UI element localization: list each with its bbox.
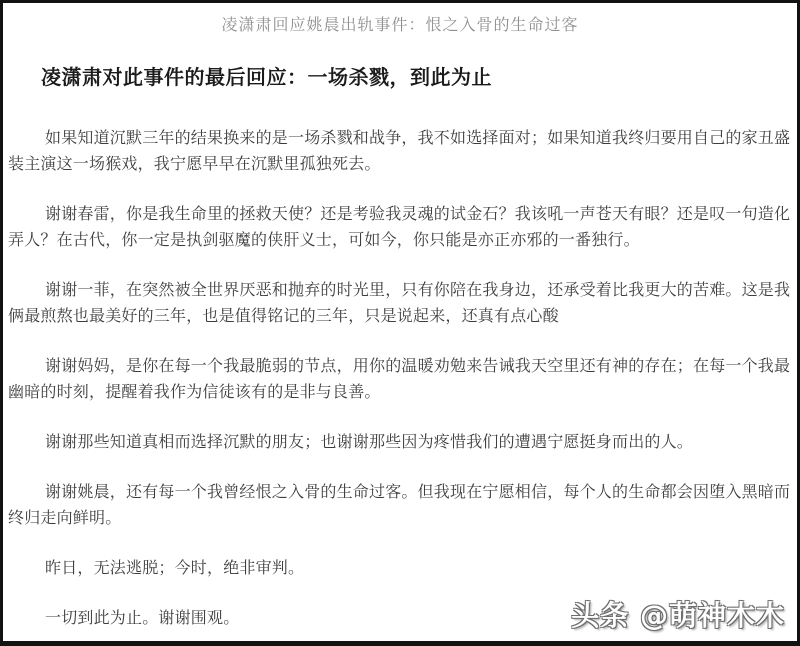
statement-heading: 凌潇肃对此事件的最后回应：一场杀戮，到此为止 xyxy=(41,66,787,88)
paragraph: 谢谢妈妈，是你在每一个我最脆弱的节点，用你的温暖劝勉来告诫我天空里还有神的存在；… xyxy=(8,353,792,405)
paragraph: 谢谢那些知道真相而选择沉默的朋友；也谢谢那些因为疼惜我们的遭遇宁愿挺身而出的人。 xyxy=(8,429,792,455)
paragraph: 如果知道沉默三年的结果换来的是一场杀戮和战争，我不如选择面对；如果知道我终归要用… xyxy=(8,125,792,177)
paragraph: 谢谢姚晨，还有每一个我曾经恨之入骨的生命过客。但我现在宁愿相信，每个人的生命都会… xyxy=(8,479,792,531)
statement-image: 凌潇肃回应姚晨出轨事件：恨之入骨的生命过客 凌潇肃对此事件的最后回应：一场杀戮，… xyxy=(0,0,800,646)
paragraph: 昨日，无法逃脱；今时，绝非审判。 xyxy=(8,555,792,581)
statement-body: 如果知道沉默三年的结果换来的是一场杀戮和战争，我不如选择面对；如果知道我终归要用… xyxy=(3,125,797,631)
paragraph: 谢谢春雷，你是我生命里的拯救天使？还是考验我灵魂的试金石？我该吼一声苍天有眼？还… xyxy=(8,201,792,253)
toutiao-watermark: 头条 @萌神木木 xyxy=(571,594,785,634)
article-title: 凌潇肃回应姚晨出轨事件：恨之入骨的生命过客 xyxy=(3,3,797,35)
paragraph: 谢谢一菲，在突然被全世界厌恶和抛弃的时光里，只有你陪在我身边，还承受着比我更大的… xyxy=(8,277,792,329)
